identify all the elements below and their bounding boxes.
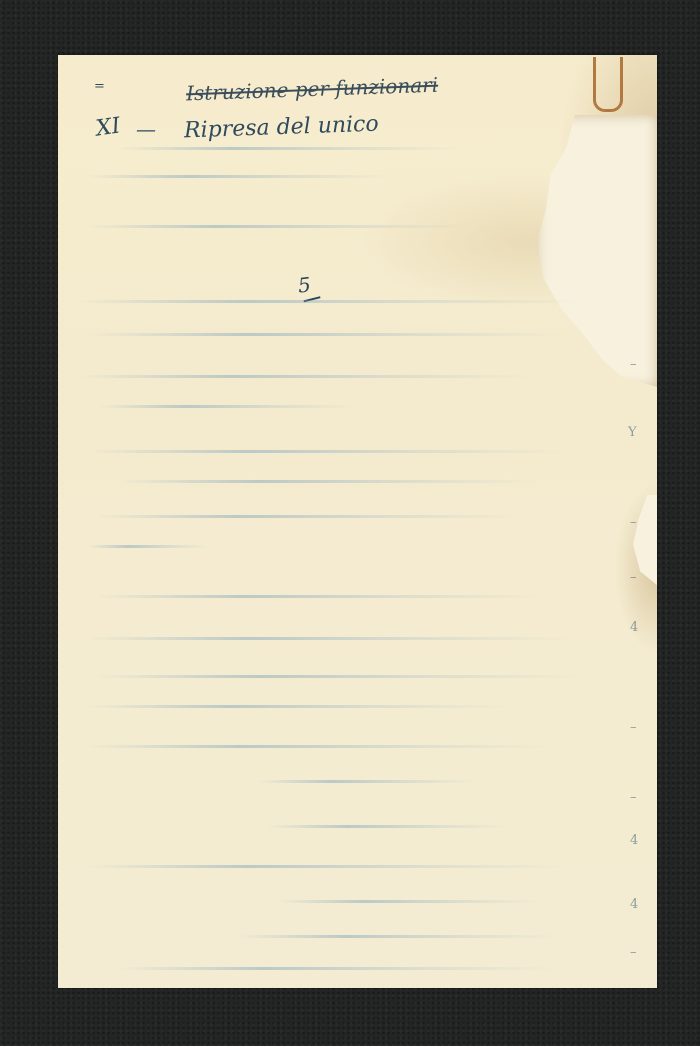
margin-mark: Y [628,425,637,440]
burnt-torn-corner [536,115,657,387]
torn-edge-notch [633,495,657,585]
margin-mark: – [630,570,637,585]
struck-line-prefix: = [94,79,105,94]
margin-mark: 4 [630,833,638,848]
struck-out-line: Istruzione per funzionari [186,73,439,106]
heading-dash: — [136,117,156,141]
margin-mark: – [630,515,637,530]
margin-mark: – [630,720,637,735]
margin-mark: 4 [630,620,638,635]
manuscript-sheet: = Istruzione per funzionari XI — Ripresa… [58,55,657,988]
margin-mark: – [630,357,637,372]
margin-mark: – [630,945,637,960]
heading-numeral: XI [94,113,122,141]
margin-mark: 4 [630,897,638,912]
margin-mark: – [630,790,637,805]
section-heading: Ripresa del unico [184,112,379,144]
paper-clip-rust-mark [593,57,623,112]
page-number: 5 [297,272,312,297]
